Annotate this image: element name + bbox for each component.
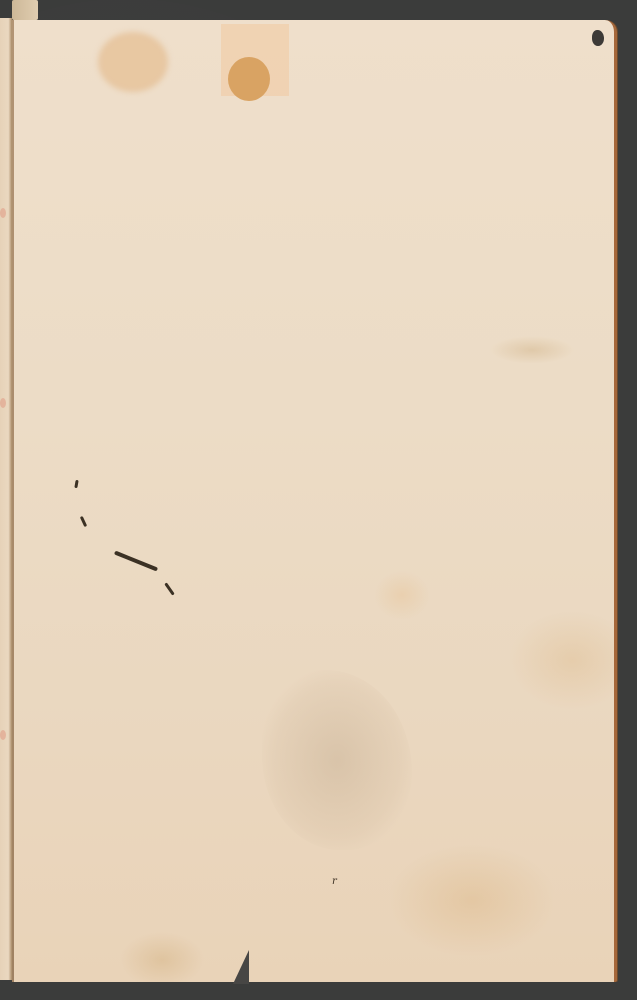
water-damage-stain xyxy=(262,670,412,850)
previous-leaf-edge xyxy=(0,18,12,980)
ink-mark xyxy=(114,551,158,572)
ink-mark xyxy=(74,480,78,488)
faint-stain xyxy=(98,32,168,92)
offset-red-mark xyxy=(0,730,6,740)
previous-leaf-top-edge xyxy=(12,0,38,20)
corner-damage xyxy=(592,30,604,46)
gutter-fold xyxy=(12,20,14,982)
book-page: r xyxy=(12,20,617,982)
library-stamp-dot xyxy=(228,57,270,101)
offset-red-mark xyxy=(0,208,6,218)
ink-mark xyxy=(164,582,174,595)
stray-glyph: r xyxy=(332,876,337,887)
ink-mark xyxy=(80,516,87,527)
offset-red-mark xyxy=(0,398,6,408)
bottom-edge-tear xyxy=(233,950,249,984)
